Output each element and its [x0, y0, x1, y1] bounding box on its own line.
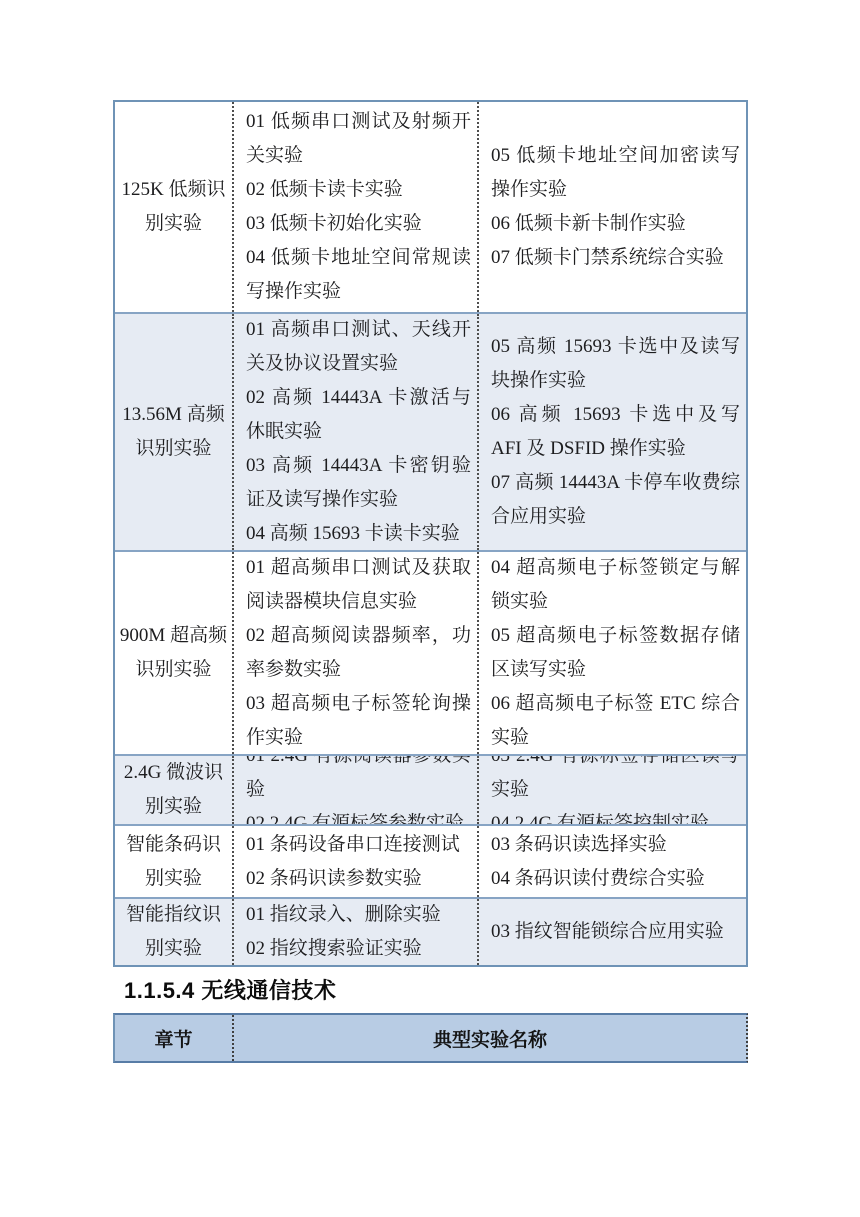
experiments-left-cell: 01 指纹录入、删除实验 02 指纹搜索验证实验 — [234, 899, 479, 965]
table-row: 2.4G 微波识别实验 01 2.4G 有源阅读器参数实验 02 2.4G 有源… — [115, 754, 746, 824]
category-cell: 125K 低频识别实验 — [115, 102, 234, 312]
rfid-experiments-table: 125K 低频识别实验 01 低频串口测试及射频开关实验 02 低频卡读卡实验 … — [113, 100, 748, 967]
experiment-item: 05 超高频电子标签数据存储区读写实验 — [491, 619, 740, 687]
category-cell: 2.4G 微波识别实验 — [115, 756, 234, 824]
table-row: 125K 低频识别实验 01 低频串口测试及射频开关实验 02 低频卡读卡实验 … — [115, 102, 746, 312]
experiment-item: 03 高频 14443A 卡密钥验证及读写操作实验 — [246, 449, 471, 517]
experiment-item: 01 2.4G 有源阅读器参数实验 — [246, 756, 471, 807]
experiment-name-column-header: 典型实验名称 — [234, 1015, 746, 1061]
experiment-item: 01 低频串口测试及射频开关实验 — [246, 105, 471, 173]
document-page: 125K 低频识别实验 01 低频串口测试及射频开关实验 02 低频卡读卡实验 … — [0, 0, 860, 1217]
experiment-item: 02 指纹搜索验证实验 — [246, 932, 471, 965]
experiments-right-cell: 04 超高频电子标签锁定与解锁实验 05 超高频电子标签数据存储区读写实验 06… — [479, 552, 746, 754]
table-row: 900M 超高频识别实验 01 超高频串口测试及获取阅读器模块信息实验 02 超… — [115, 550, 746, 754]
experiments-left-cell: 01 条码设备串口连接测试 02 条码识读参数实验 — [234, 826, 479, 897]
experiment-item: 06 超高频电子标签 ETC 综合实验 — [491, 687, 740, 754]
experiments-right-cell: 05 低频卡地址空间加密读写操作实验 06 低频卡新卡制作实验 07 低频卡门禁… — [479, 102, 746, 312]
experiment-item: 04 高频 15693 卡读卡实验 — [246, 517, 471, 550]
experiment-item: 01 条码设备串口连接测试 — [246, 828, 471, 862]
experiments-left-cell: 01 2.4G 有源阅读器参数实验 02 2.4G 有源标签参数实验 — [234, 756, 479, 824]
experiment-item: 07 高频 14443A 卡停车收费综合应用实验 — [491, 466, 740, 534]
category-cell: 900M 超高频识别实验 — [115, 552, 234, 754]
experiment-item: 02 超高频阅读器频率，功率参数实验 — [246, 619, 471, 687]
experiment-item: 03 条码识读选择实验 — [491, 828, 740, 862]
experiment-item: 04 2.4G 有源标签控制实验 — [491, 807, 740, 824]
experiment-item: 02 低频卡读卡实验 — [246, 173, 471, 207]
experiments-left-cell: 01 低频串口测试及射频开关实验 02 低频卡读卡实验 03 低频卡初始化实验 … — [234, 102, 479, 312]
experiments-left-cell: 01 高频串口测试、天线开关及协议设置实验 02 高频 14443A 卡激活与休… — [234, 314, 479, 550]
experiments-right-cell: 03 指纹智能锁综合应用实验 — [479, 899, 746, 965]
experiment-item: 05 高频 15693 卡选中及读写块操作实验 — [491, 330, 740, 398]
experiment-item: 06 高频 15693 卡选中及写 AFI 及 DSFID 操作实验 — [491, 398, 740, 466]
experiment-item: 04 低频卡地址空间常规读写操作实验 — [246, 241, 471, 309]
table-row: 13.56M 高频识别实验 01 高频串口测试、天线开关及协议设置实验 02 高… — [115, 312, 746, 550]
experiments-left-cell: 01 超高频串口测试及获取阅读器模块信息实验 02 超高频阅读器频率，功率参数实… — [234, 552, 479, 754]
experiment-item: 07 低频卡门禁系统综合实验 — [491, 241, 740, 275]
section-heading: 1.1.5.4 无线通信技术 — [124, 974, 336, 1005]
experiment-item: 02 高频 14443A 卡激活与休眠实验 — [246, 381, 471, 449]
experiments-right-cell: 05 高频 15693 卡选中及读写块操作实验 06 高频 15693 卡选中及… — [479, 314, 746, 550]
experiment-item: 03 低频卡初始化实验 — [246, 207, 471, 241]
wireless-table-header: 章节 典型实验名称 — [113, 1013, 748, 1063]
experiment-item: 03 2.4G 有源标签存储区读写实验 — [491, 756, 740, 807]
category-cell: 13.56M 高频识别实验 — [115, 314, 234, 550]
experiment-item: 01 超高频串口测试及获取阅读器模块信息实验 — [246, 552, 471, 619]
category-cell: 智能指纹识别实验 — [115, 899, 234, 965]
experiment-item: 02 2.4G 有源标签参数实验 — [246, 807, 471, 824]
experiments-right-cell: 03 条码识读选择实验 04 条码识读付费综合实验 — [479, 826, 746, 897]
experiment-item: 01 指纹录入、删除实验 — [246, 899, 471, 932]
experiment-item: 01 高频串口测试、天线开关及协议设置实验 — [246, 314, 471, 381]
experiment-item: 02 条码识读参数实验 — [246, 862, 471, 896]
category-cell: 智能条码识别实验 — [115, 826, 234, 897]
experiment-item: 04 超高频电子标签锁定与解锁实验 — [491, 552, 740, 619]
table-row: 智能指纹识别实验 01 指纹录入、删除实验 02 指纹搜索验证实验 03 指纹智… — [115, 897, 746, 965]
experiments-right-cell: 03 2.4G 有源标签存储区读写实验 04 2.4G 有源标签控制实验 — [479, 756, 746, 824]
experiment-item: 05 低频卡地址空间加密读写操作实验 — [491, 139, 740, 207]
table-row: 智能条码识别实验 01 条码设备串口连接测试 02 条码识读参数实验 03 条码… — [115, 824, 746, 897]
experiment-item: 04 条码识读付费综合实验 — [491, 862, 740, 896]
experiment-item: 03 指纹智能锁综合应用实验 — [491, 915, 740, 949]
experiment-item: 03 超高频电子标签轮询操作实验 — [246, 687, 471, 754]
experiment-item: 06 低频卡新卡制作实验 — [491, 207, 740, 241]
chapter-column-header: 章节 — [115, 1015, 234, 1061]
